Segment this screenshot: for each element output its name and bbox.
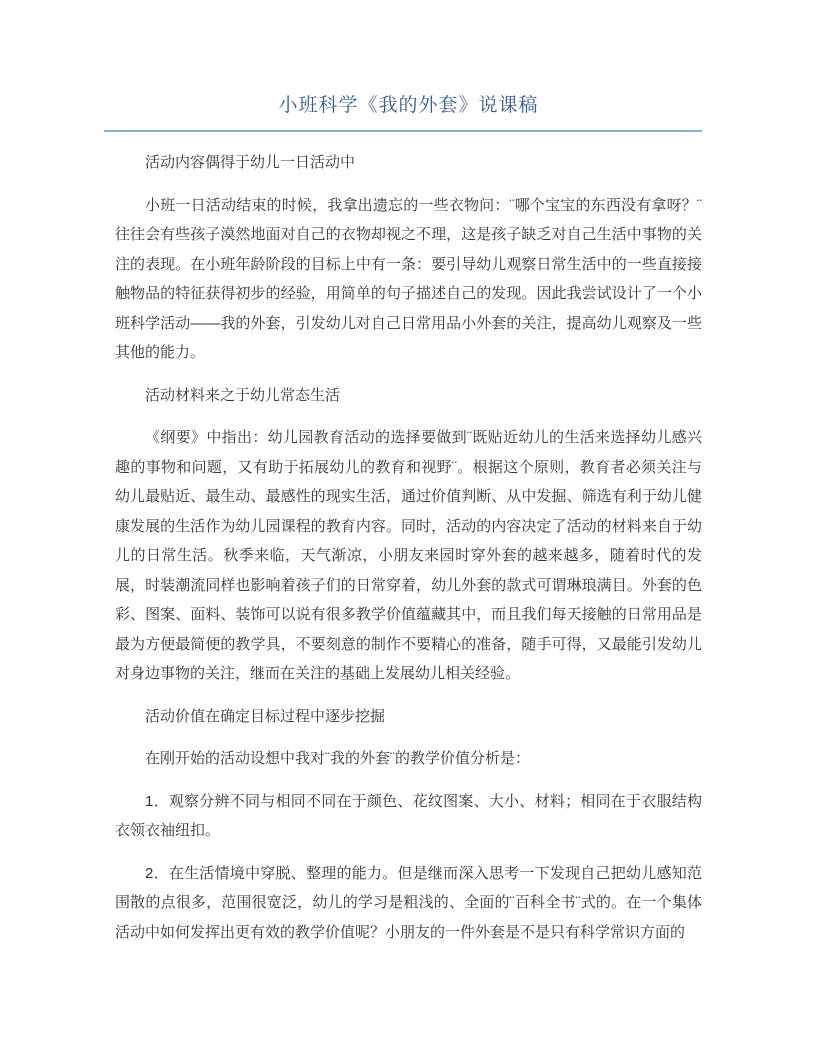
- title-underline-rule: [104, 130, 702, 132]
- document-content: 小班科学《我的外套》说课稿 活动内容偶得于幼儿一日活动中 小班一日活动结束的时候…: [0, 0, 816, 947]
- page-title: 小班科学《我的外套》说课稿: [115, 93, 702, 119]
- section-heading-activity-value: 活动价值在确定目标过程中逐步挖掘: [115, 702, 702, 732]
- body-paragraph-value-intro: 在刚开始的活动设想中我对¨我的外套¨的教学价值分析是：: [115, 744, 702, 774]
- body-paragraph-activity-content: 小班一日活动结束的时候，我拿出遗忘的一些衣物问：¨哪个宝宝的东西没有拿呀？¨往往…: [115, 191, 702, 368]
- numbered-item-1: 1．观察分辨不同与相同不同在于颜色、花纹图案、大小、材料；相同在于衣服结构衣领衣…: [115, 787, 702, 846]
- section-heading-activity-materials: 活动材料来之于幼儿常态生活: [115, 381, 702, 411]
- section-heading-activity-content: 活动内容偶得于幼儿一日活动中: [115, 148, 702, 178]
- body-paragraph-activity-materials: 《纲要》中指出：幼儿园教育活动的选择要做到¨既贴近幼儿的生活来选择幼儿感兴趣的事…: [115, 423, 702, 689]
- document-page: 小班科学《我的外套》说课稿 活动内容偶得于幼儿一日活动中 小班一日活动结束的时候…: [0, 0, 816, 1056]
- numbered-item-2: 2．在生活情境中穿脱、整理的能力。但是继而深入思考一下发现自己把幼儿感知范围散的…: [115, 859, 702, 948]
